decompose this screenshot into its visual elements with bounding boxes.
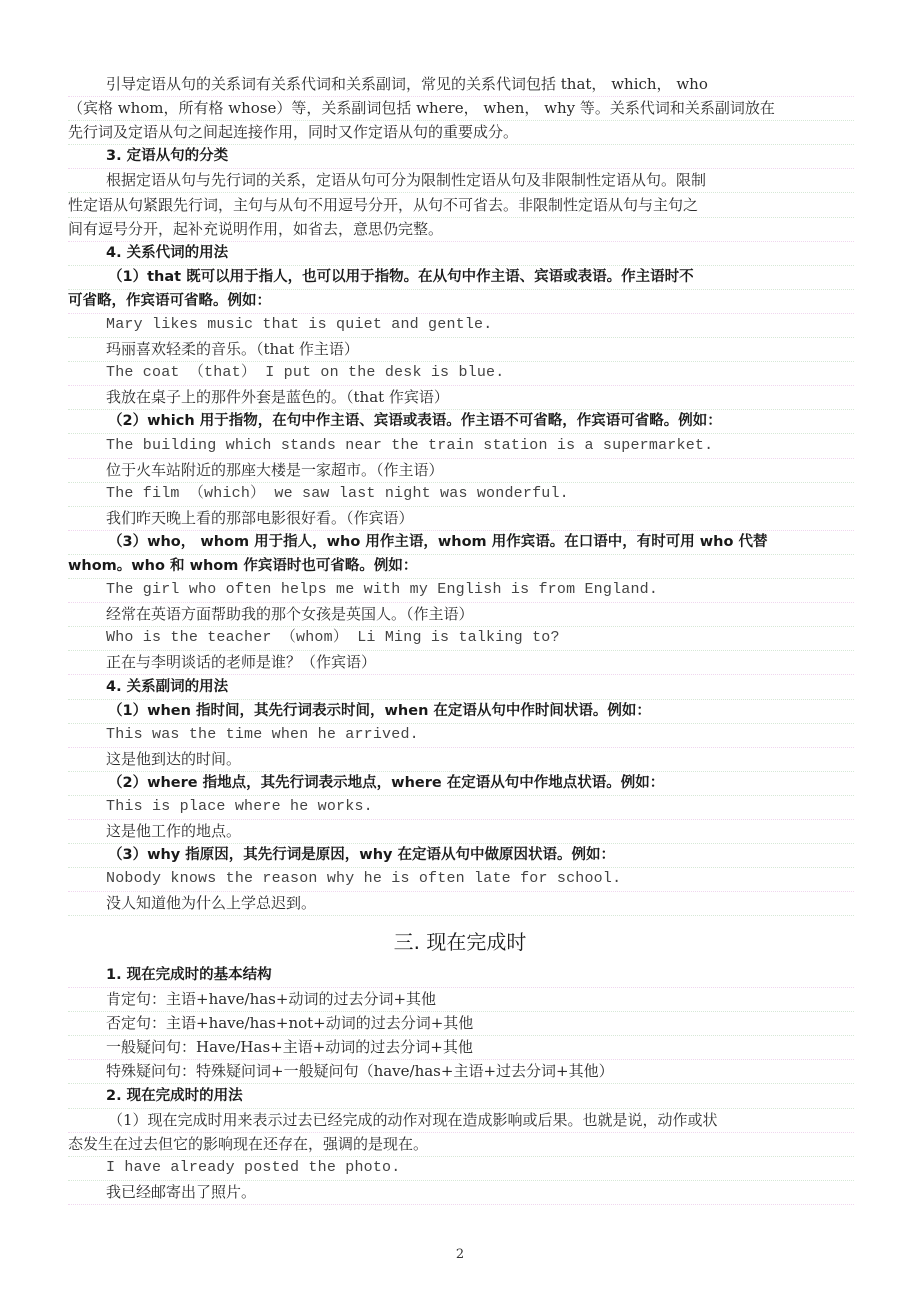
text-line: 我已经邮寄出了照片。	[68, 1180, 892, 1204]
text-line: 正在与李明谈话的老师是谁？（作宾语）	[68, 650, 892, 674]
page-number: 2	[0, 1247, 920, 1262]
text-line: 我们昨天晚上看的那部电影很好看。（作宾语）	[68, 506, 892, 530]
text-line: 根据定语从句与先行词的关系，定语从句可分为限制性定语从句及非限制性定语从句。限制	[68, 168, 892, 192]
heading-line: 可省略，作宾语可省略。例如：	[68, 289, 854, 313]
text-line: 玛丽喜欢轻柔的音乐。（that 作主语）	[68, 337, 892, 361]
example-sentence: The building which stands near the train…	[68, 434, 892, 458]
dotted-rule	[68, 1204, 854, 1205]
heading-line: 2. 现在完成时的用法	[68, 1084, 892, 1108]
document-page: 引导定语从句的关系词有关系代词和关系副词，常见的关系代词包括 that， whi…	[0, 0, 920, 1302]
heading-line: （2）where 指地点，其先行词表示地点，where 在定语从句中作地点状语。…	[68, 771, 894, 795]
text-line: （宾格 whom，所有格 whose）等，关系副词包括 where， when，…	[68, 96, 854, 120]
text-line: （1）现在完成时用来表示过去已经完成的动作对现在造成影响或后果。也就是说，动作或…	[68, 1108, 894, 1132]
example-sentence: Who is the teacher （whom） Li Ming is tal…	[68, 626, 892, 650]
text-line: 性定语从句紧跟先行词，主句与从句不用逗号分开，从句不可省去。非限制性定语从句与主…	[68, 193, 854, 217]
example-sentence: The coat （that） I put on the desk is blu…	[68, 361, 892, 385]
text-line: 否定句：主语+have/has+not+动词的过去分词+其他	[68, 1011, 892, 1035]
heading-line: whom。who 和 whom 作宾语时也可省略。例如：	[68, 554, 854, 578]
example-sentence: Nobody knows the reason why he is often …	[68, 867, 892, 891]
text-line: 间有逗号分开，起补充说明作用，如省去，意思仍完整。	[68, 217, 854, 241]
example-sentence: Mary likes music that is quiet and gentl…	[68, 313, 892, 337]
dotted-rule	[68, 915, 854, 916]
text-line: 没人知道他为什么上学总迟到。	[68, 891, 892, 915]
text-line: 态发生在过去但它的影响现在还存在，强调的是现在。	[68, 1132, 854, 1156]
text-line: 这是他到达的时间。	[68, 747, 892, 771]
heading-line: 1. 现在完成时的基本结构	[68, 963, 892, 987]
text-line: 我放在桌子上的那件外套是蓝色的。（that 作宾语）	[68, 385, 892, 409]
example-sentence: The film （which） we saw last night was w…	[68, 482, 892, 506]
text-line: 先行词及定语从句之间起连接作用，同时又作定语从句的重要成分。	[68, 120, 854, 144]
text-line: 特殊疑问句：特殊疑问词+一般疑问句（have/has+主语+过去分词+其他）	[68, 1059, 892, 1083]
example-sentence: The girl who often helps me with my Engl…	[68, 578, 892, 602]
heading-line: （2）which 用于指物，在句中作主语、宾语或表语。作主语不可省略，作宾语可省…	[68, 409, 894, 433]
heading-line: （3）who， whom 用于指人，who 用作主语，whom 用作宾语。在口语…	[68, 530, 894, 554]
text-line: 引导定语从句的关系词有关系代词和关系副词，常见的关系代词包括 that， whi…	[68, 72, 892, 96]
heading-line: 4. 关系代词的用法	[68, 241, 892, 265]
example-sentence: I have already posted the photo.	[68, 1156, 892, 1180]
heading-line: 4. 关系副词的用法	[68, 675, 892, 699]
text-line: 肯定句：主语+have/has+动词的过去分词+其他	[68, 987, 892, 1011]
heading-line: （1）when 指时间，其先行词表示时间，when 在定语从句中作时间状语。例如…	[68, 699, 894, 723]
section-title: 三. 现在完成时	[0, 926, 920, 955]
heading-line: （1）that 既可以用于指人，也可以用于指物。在从句中作主语、宾语或表语。作主…	[68, 265, 894, 289]
text-line: 位于火车站附近的那座大楼是一家超市。（作主语）	[68, 458, 892, 482]
text-line: 一般疑问句：Have/Has+主语+动词的过去分词+其他	[68, 1035, 892, 1059]
text-line: 这是他工作的地点。	[68, 819, 892, 843]
heading-line: （3）why 指原因，其先行词是原因，why 在定语从句中做原因状语。例如：	[68, 843, 894, 867]
heading-line: 3. 定语从句的分类	[68, 144, 892, 168]
example-sentence: This was the time when he arrived.	[68, 723, 892, 747]
example-sentence: This is place where he works.	[68, 795, 892, 819]
text-line: 经常在英语方面帮助我的那个女孩是英国人。（作主语）	[68, 602, 892, 626]
